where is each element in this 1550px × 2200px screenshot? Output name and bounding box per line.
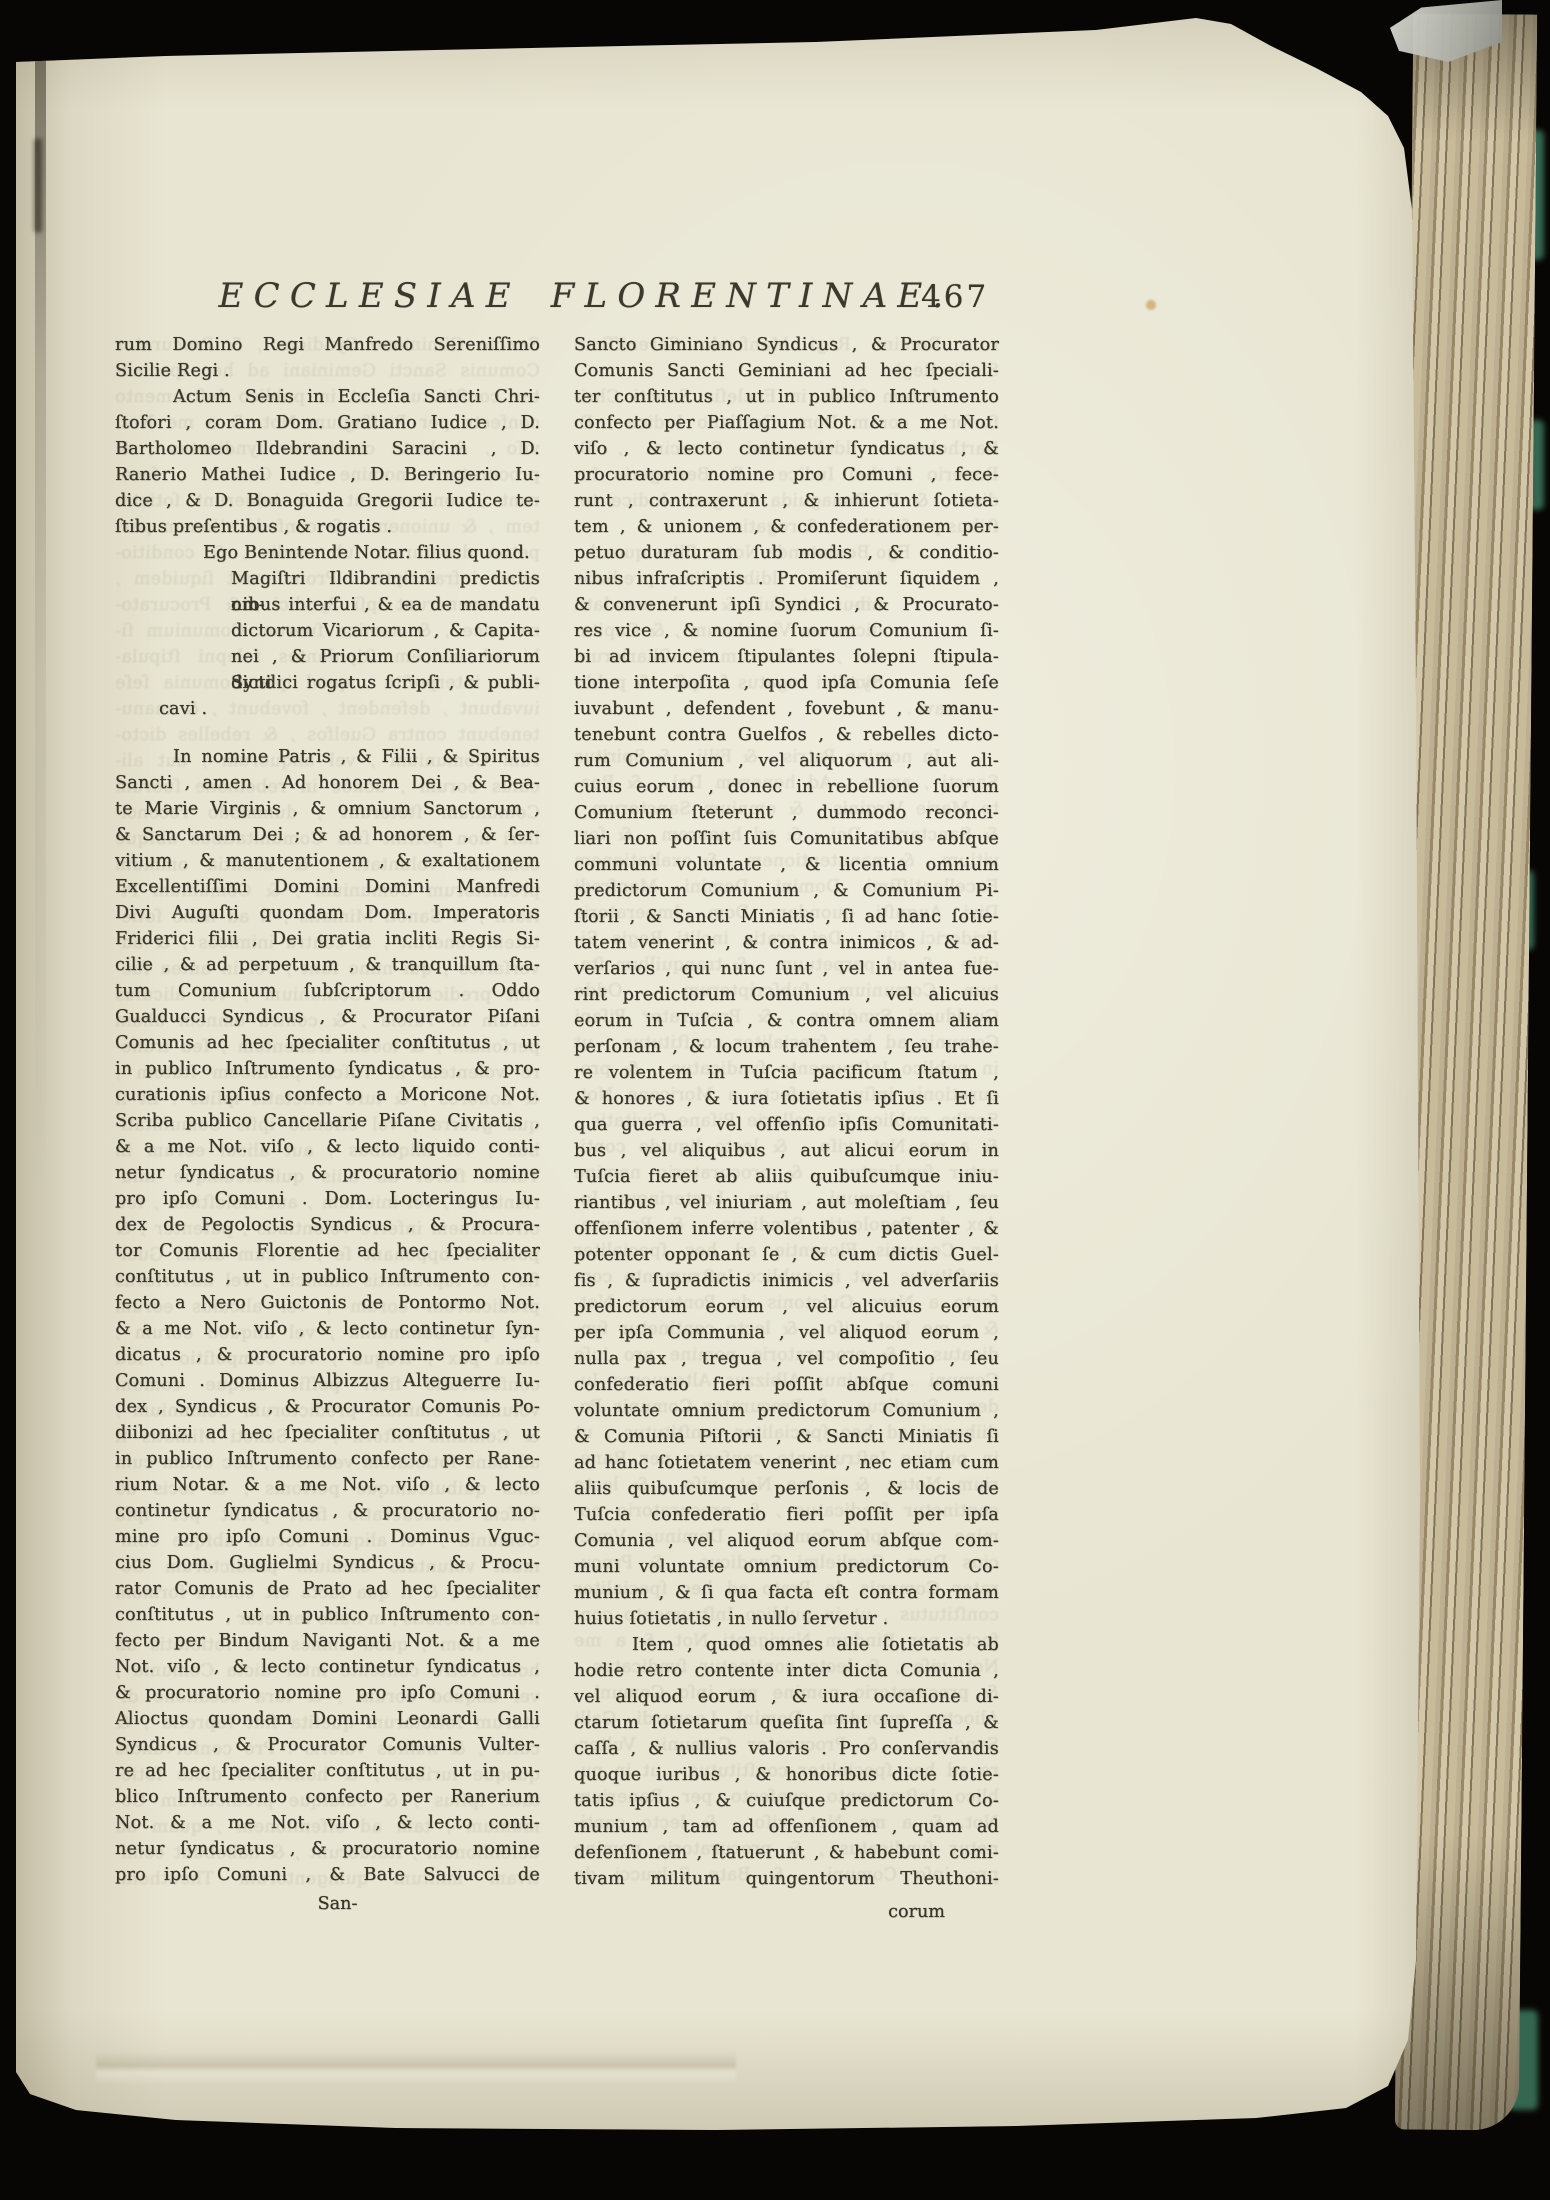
text-line: iuvabunt , defendent , fovebunt , & manu… xyxy=(574,696,999,722)
gutter-shadow-mark xyxy=(34,138,42,233)
page-number: 467 xyxy=(921,279,989,315)
text-line: nei , & Priorum Conſiliariorum dicti xyxy=(115,644,540,670)
text-line: & honores , & iura ſotietatis ipſius . E… xyxy=(574,1086,999,1112)
text-line: rum Domino Regi Manfredo Sereniſſimo xyxy=(115,332,540,358)
text-line: in publico Inſtrumento confecto per Rane… xyxy=(115,1446,540,1472)
text-line: viſo , & lecto continetur ſyndicatus , & xyxy=(574,436,999,462)
text-line: pro ipſo Comuni . Dom. Locteringus Iu- xyxy=(115,1186,540,1212)
text-line: Sicilie Regi . xyxy=(115,358,540,384)
text-line: Magiſtri Ildibrandini predictis om- xyxy=(115,566,540,592)
text-line: ad hanc ſotietatem venerint , nec etiam … xyxy=(574,1450,999,1476)
header-word: ECCLESIAE xyxy=(219,276,521,316)
text-line: communi voluntate , & licentia omnium xyxy=(574,852,999,878)
text-line: munium , tam ad offenſionem , quam ad xyxy=(574,1814,999,1840)
text-column-right: Sancto Giminiano Syndicus , & Procurator… xyxy=(574,332,999,1892)
text-line: caſſa , & nullius valoris . Pro conſerva… xyxy=(574,1736,999,1762)
text-line: fecto a Nero Guictonis de Pontormo Not. xyxy=(115,1290,540,1316)
text-line: diibonizi ad hec ſpecialiter conſtitutus… xyxy=(115,1420,540,1446)
running-header: ECCLESIAEFLORENTINAE. 467 xyxy=(115,276,1029,316)
text-line: rint predictorum Comunium , vel alicuius xyxy=(574,982,999,1008)
text-line: res vice , & nomine ſuorum Comunium ſi- xyxy=(574,618,999,644)
text-line: Syndicus , & Procurator Comunis Vulter- xyxy=(115,1732,540,1758)
text-line: Tuſcia confederatio fieri poſſit per ipſ… xyxy=(574,1502,999,1528)
text-line: Item , quod omnes alie ſotietatis ab xyxy=(574,1632,999,1658)
text-line: cius Dom. Guglielmi Syndicus , & Procu- xyxy=(115,1550,540,1576)
text-line: tem , & unionem , & confederationem per- xyxy=(574,514,999,540)
text-line: & convenerunt ipſi Syndici , & Procurato… xyxy=(574,592,999,618)
text-line: netur ſyndicatus , & procuratorio nomine xyxy=(115,1160,540,1186)
text-line: continetur ſyndicatus , & procuratorio n… xyxy=(115,1498,540,1524)
text-line: fecto per Bindum Naviganti Not. & a me xyxy=(115,1628,540,1654)
text-line: Ego Benintende Notar. filius quond. xyxy=(115,540,540,566)
text-line: fis , & ſupradictis inimicis , vel adver… xyxy=(574,1268,999,1294)
text-line: bus , vel aliquibus , aut alicui eorum i… xyxy=(574,1138,999,1164)
text-line: & a me Not. viſo , & lecto continetur ſy… xyxy=(115,1316,540,1342)
text-line: ſtorii , & Sancti Miniatis , ſi ad hanc … xyxy=(574,904,999,930)
text-line: Not. & a me Not. viſo , & lecto conti- xyxy=(115,1810,540,1836)
text-line: conſtitutus , ut in publico Inſtrumento … xyxy=(115,1602,540,1628)
text-line: muni voluntate omnium predictorum Co- xyxy=(574,1554,999,1580)
text-line: ſtibus preſentibus , & rogatis . xyxy=(115,514,540,540)
text-line: potenter opponant ſe , & cum dictis Guel… xyxy=(574,1242,999,1268)
text-line: defenſionem , ſtatuerunt , & habebunt co… xyxy=(574,1840,999,1866)
text-line: re ad hec ſpecialiter conſtitutus , ut i… xyxy=(115,1758,540,1784)
text-line: nibus interfui , & ea de mandatu xyxy=(115,592,540,618)
text-column-left: rum Domino Regi Manfredo SereniſſimoSici… xyxy=(115,332,540,1888)
text-line: procuratorio nomine pro Comuni , fece- xyxy=(574,462,999,488)
book-photo: ECCLESIAEFLORENTINAE. 467 Sancto Giminia… xyxy=(0,0,1550,2200)
text-line: Divi Auguſti quondam Dom. Imperatoris xyxy=(115,900,540,926)
text-line: Friderici filii , Dei gratia incliti Reg… xyxy=(115,926,540,952)
text-line: Actum Senis in Eccleſia Sancti Chri- xyxy=(115,384,540,410)
text-line: blico Inſtrumento confecto per Ranerium xyxy=(115,1784,540,1810)
text-line: In nomine Patris , & Filii , & Spiritus xyxy=(115,744,540,770)
text-line: cilie , & ad perpetuum , & tranquillum ſ… xyxy=(115,952,540,978)
text-line: eorum in Tuſcia , & contra omnem aliam xyxy=(574,1008,999,1034)
text-line: perſonam , & locum trahentem , ſeu trahe… xyxy=(574,1034,999,1060)
text-line: riantibus , vel iniuriam , aut moleſtiam… xyxy=(574,1190,999,1216)
text-line: mine pro ipſo Comuni . Dominus Vguc- xyxy=(115,1524,540,1550)
text-line: nulla pax , tregua , vel compoſitio , ſe… xyxy=(574,1346,999,1372)
text-line: rator Comunis de Prato ad hec ſpecialite… xyxy=(115,1576,540,1602)
text-line: runt , contraxerunt , & inhierunt ſotiet… xyxy=(574,488,999,514)
text-line: dex , Syndicus , & Procurator Comunis Po… xyxy=(115,1394,540,1420)
text-line: Scriba publico Cancellarie Piſane Civita… xyxy=(115,1108,540,1134)
text-line: tione interpoſita , quod ipſa Comunia ſe… xyxy=(574,670,999,696)
text-line: cuius eorum , donec in rebellione ſuorum xyxy=(574,774,999,800)
text-line: re volentem in Tuſcia pacificum ſtatum , xyxy=(574,1060,999,1086)
text-block: ECCLESIAEFLORENTINAE. 467 Sancto Giminia… xyxy=(115,276,1015,316)
text-line: Tuſcia fieret ab aliis quibuſcumque iniu… xyxy=(574,1164,999,1190)
text-columns: Sancto Giminiano Syndicus , & Procurator… xyxy=(115,332,999,1925)
text-line: dex de Pegoloctis Syndicus , & Procura- xyxy=(115,1212,540,1238)
text-line: Bartholomeo Ildebrandini Saracini , D. xyxy=(115,436,540,462)
text-line: per ipſa Communia , vel aliquod eorum , xyxy=(574,1320,999,1346)
text-line: liari non poſſint ſuis Comunitatibus abſ… xyxy=(574,826,999,852)
text-line: voluntate omnium predictorum Comunium , xyxy=(574,1398,999,1424)
text-line: bi ad invicem ſtipulantes ſolepni ſtipul… xyxy=(574,644,999,670)
text-line: hodie retro contente inter dicta Comunia… xyxy=(574,1658,999,1684)
text-line: confecto per Piaſſagium Not. & a me Not. xyxy=(574,410,999,436)
text-line: Comunis Sancti Geminiani ad hec ſpeciali… xyxy=(574,358,999,384)
text-line: predictorum Comunium , & Comunium Pi- xyxy=(574,878,999,904)
text-line: huius ſotietatis , in nullo ſervetur . xyxy=(574,1606,999,1632)
text-line: Not. viſo , & lecto continetur ſyndicatu… xyxy=(115,1654,540,1680)
text-line: & procuratorio nomine pro ipſo Comuni . xyxy=(115,1680,540,1706)
text-line: vel aliquod eorum , & iura occaſione di- xyxy=(574,1684,999,1710)
text-line: Excellentiſſimi Domini Domini Manfredi xyxy=(115,874,540,900)
book-page: ECCLESIAEFLORENTINAE. 467 Sancto Giminia… xyxy=(16,0,1450,2140)
text-line: conſtitutus , ut in publico Inſtrumento … xyxy=(115,1264,540,1290)
text-line: ſtofori , coram Dom. Gratiano Iudice , D… xyxy=(115,410,540,436)
column-left-wrap: Sancto Giminiano Syndicus , & Procurator… xyxy=(115,332,540,1925)
text-line: Sancti , amen . Ad honorem Dei , & Bea- xyxy=(115,770,540,796)
text-line: Comunium ſteterunt , dummodo reconci- xyxy=(574,800,999,826)
text-line: ter conſtitutus , ut in publico Inſtrume… xyxy=(574,384,999,410)
text-line: qua guerra , vel offenſio ipſis Comunita… xyxy=(574,1112,999,1138)
text-line: predictorum eorum , vel alicuius eorum xyxy=(574,1294,999,1320)
text-line: petuo duraturam ſub modis , & conditio- xyxy=(574,540,999,566)
text-line: Ranerio Mathei Iudice , D. Beringerio Iu… xyxy=(115,462,540,488)
text-line: tatem venerint , & contra inimicos , & a… xyxy=(574,930,999,956)
text-line: Comunia , vel aliquod eorum abſque com- xyxy=(574,1528,999,1554)
text-line: & a me Not. viſo , & lecto liquido conti… xyxy=(115,1134,540,1160)
text-line: Gualducci Syndicus , & Procurator Piſani xyxy=(115,1004,540,1030)
catchword-right: corum xyxy=(574,1899,999,1925)
text-line: munium , & ſi qua facta eſt contra forma… xyxy=(574,1580,999,1606)
text-line: Comuni . Dominus Albizzus Alteguerre Iu- xyxy=(115,1368,540,1394)
text-line: pro ipſo Comuni , & Bate Salvucci de xyxy=(115,1862,540,1888)
text-line: tatis ipſius , & cuiuſque predictorum Co… xyxy=(574,1788,999,1814)
text-line: Comunis ad hec ſpecialiter conſtitutus ,… xyxy=(115,1030,540,1056)
text-line: curationis ipſius confecto a Moricone No… xyxy=(115,1082,540,1108)
text-line: dicatus , & procuratorio nomine pro ipſo xyxy=(115,1342,540,1368)
text-line: nibus infraſcriptis . Promiſerunt ſiquid… xyxy=(574,566,999,592)
text-line: & Sanctarum Dei ; & ad honorem , & ſer- xyxy=(115,822,540,848)
text-line: Syndici rogatus ſcripſi , & publi- xyxy=(115,670,540,696)
text-line: Sancto Giminiano Syndicus , & Procurator xyxy=(574,332,999,358)
text-line: offenſionem inferre volentibus , patente… xyxy=(574,1216,999,1242)
text-line: netur ſyndicatus , & procuratorio nomine xyxy=(115,1836,540,1862)
paper-wrinkle xyxy=(96,2052,736,2086)
text-line: quoque iuribus , & honoribus dicte ſotie… xyxy=(574,1762,999,1788)
text-line: rum Comunium , vel aliquorum , aut ali- xyxy=(574,748,999,774)
column-right-wrap: rum Domino Regi Manfredo SereniſſimoSici… xyxy=(574,332,999,1925)
text-line: tor Comunis Florentie ad hec ſpecialiter xyxy=(115,1238,540,1264)
text-line: cavi . xyxy=(115,696,540,722)
paper-stain xyxy=(1146,300,1156,310)
text-line: dice , & D. Bonaguida Gregorii Iudice te… xyxy=(115,488,540,514)
text-line: vitium , & manutentionem , & exaltatione… xyxy=(115,848,540,874)
text-line: aliis quibuſcumque perſonis , & locis de xyxy=(574,1476,999,1502)
header-word: FLORENTINAE. xyxy=(551,276,954,316)
text-line: tivam militum quingentorum Theuthoni- xyxy=(574,1866,999,1892)
text-line: te Marie Virginis , & omnium Sanctorum , xyxy=(115,796,540,822)
catchword-left: San- xyxy=(125,1891,550,1917)
text-line: dictorum Vicariorum , & Capita- xyxy=(115,618,540,644)
text-line: in publico Inſtrumento ſyndicatus , & pr… xyxy=(115,1056,540,1082)
text-line: ctarum ſotietarum queſita ſint ſupreſſa … xyxy=(574,1710,999,1736)
text-line: confederatio fieri poſſit abſque comuni xyxy=(574,1372,999,1398)
text-line: Alioctus quondam Domini Leonardi Galli xyxy=(115,1706,540,1732)
text-line: verſarios , qui nunc ſunt , vel in antea… xyxy=(574,956,999,982)
text-line: rium Notar. & a me Not. viſo , & lecto xyxy=(115,1472,540,1498)
text-line: tum Comunium ſubſcriptorum . Oddo xyxy=(115,978,540,1004)
text-line: & Comunia Piſtorii , & Sancti Miniatis ſ… xyxy=(574,1424,999,1450)
text-line: tenebunt contra Guelfos , & rebelles dic… xyxy=(574,722,999,748)
